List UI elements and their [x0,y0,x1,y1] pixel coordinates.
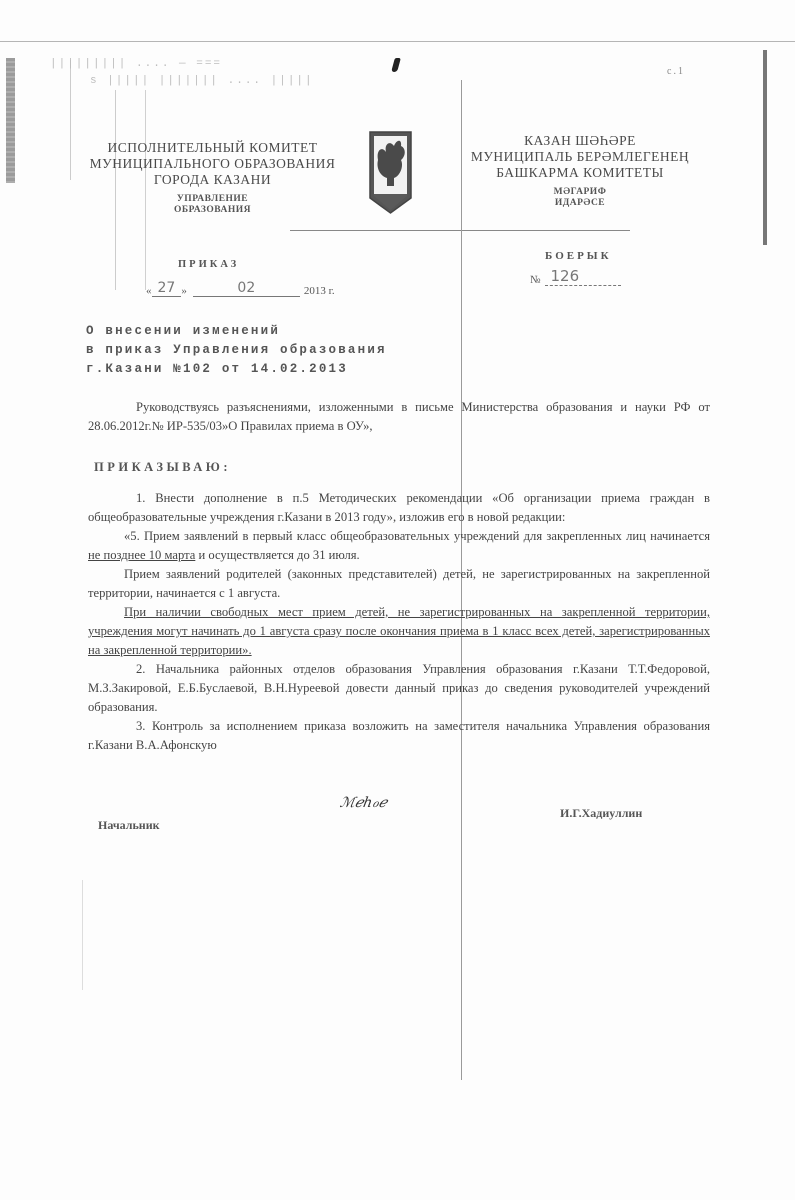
decree-heading: ПРИКАЗЫВАЮ: [94,458,710,477]
scan-artifact-line [70,60,71,180]
coat-of-arms-icon [368,130,413,215]
quote-text: «5. Прием заявлений в первый класс общео… [124,529,710,543]
item-1-paragraph: 1. Внести дополнение в п.5 Методических … [88,489,710,527]
ink-mark [391,58,401,72]
order-subject: О внесении изменений в приказ Управления… [86,322,387,379]
quote-close: » [181,285,187,297]
item-3-paragraph: 3. Контроль за исполнением приказа возло… [88,717,710,755]
order-title-tt: БОЕРЫК [545,250,612,262]
order-title-ru: ПРИКАЗ [178,259,239,270]
faint-bleed-text: ||||||||| .... — === [50,58,222,70]
scan-edge-shadow [763,50,767,245]
org-line: КАЗАН ШӘҺӘРЕ [460,133,700,149]
item-2-paragraph: 2. Начальника районных отделов образован… [88,660,710,717]
org-line: МУНИЦИПАЛЬ БЕРӘМЛЕГЕНЕҢ [460,149,700,165]
preamble-paragraph: Руководствуясь разъяснениями, изложенным… [88,398,710,436]
order-number: № 126 [530,267,621,286]
paragraph-2: Прием заявлений родителей (законных пред… [88,565,710,603]
handwritten-signature: ℳℯℎℴℯ [339,795,389,811]
quote-paragraph: «5. Прием заявлений в первый класс общео… [88,527,710,565]
signatory-name: И.Г.Хадиуллин [560,806,642,821]
header-left-org: ИСПОЛНИТЕЛЬНЫЙ КОМИТЕТ МУНИЦИПАЛЬНОГО ОБ… [80,140,345,216]
dept-line: УПРАВЛЕНИЕ [80,194,345,205]
scan-artifact-line [82,880,83,990]
date-year: 2013 г. [304,285,335,297]
header-right-org: КАЗАН ШӘҺӘРЕ МУНИЦИПАЛЬ БЕРӘМЛЕГЕНЕҢ БАШ… [460,133,700,209]
quote-text: и осуществляется до 31 июля. [195,548,359,562]
signatory-position: Начальник [98,818,160,833]
page-number: с.1 [667,66,685,77]
faint-bleed-text: s ||||| ||||||| .... ||||| [90,75,314,87]
order-date: « 27 » 02 2013 г. [146,280,335,297]
scan-edge-shadow [6,58,15,183]
paragraph-3-underlined: При наличии свободных мест прием детей, … [88,603,710,660]
org-line: ГОРОДА КАЗАНИ [80,172,345,188]
org-line: БАШКАРМА КОМИТЕТЫ [460,165,700,181]
scanned-document-page: ||||||||| .... — === s ||||| ||||||| ...… [0,0,795,1200]
date-day-handwritten: 27 [152,280,182,297]
subject-line: в приказ Управления образования [86,341,387,360]
order-number-handwritten: 126 [545,267,621,286]
dept-line: ИДАРӘСЕ [460,198,700,209]
dept-line: ОБРАЗОВАНИЯ [80,205,345,216]
dept-line: МӘГАРИФ [460,187,700,198]
org-line: ИСПОЛНИТЕЛЬНЫЙ КОМИТЕТ [80,140,345,156]
subject-line: О внесении изменений [86,322,387,341]
order-body: Руководствуясь разъяснениями, изложенным… [88,398,710,755]
header-divider [290,230,630,231]
subject-line: г.Казани №102 от 14.02.2013 [86,360,387,379]
date-month-handwritten: 02 [193,280,300,297]
quote-underlined-text: не позднее 10 марта [88,548,195,562]
org-line: МУНИЦИПАЛЬНОГО ОБРАЗОВАНИЯ [80,156,345,172]
number-sign: № [530,274,541,286]
scan-fold-line [0,41,795,42]
